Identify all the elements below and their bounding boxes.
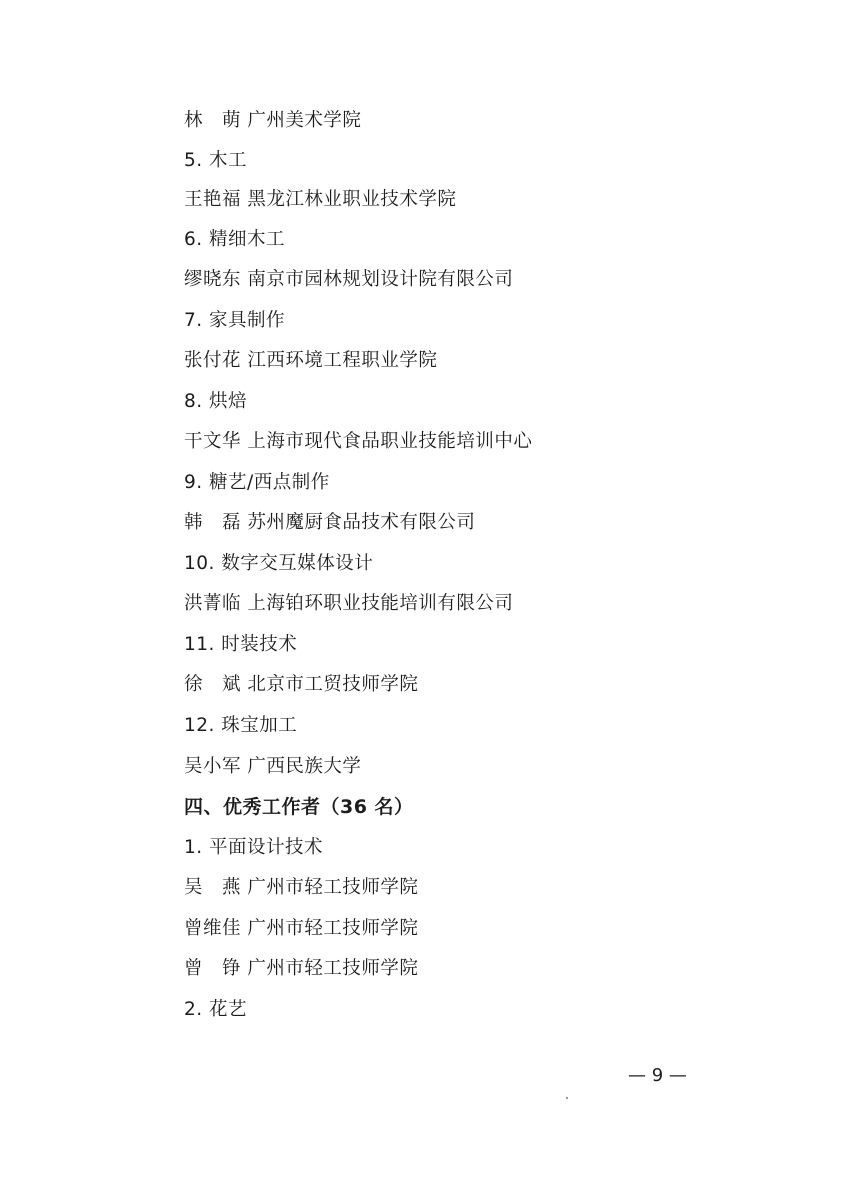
award-entry: 吴小军 广西民族大学 [184, 755, 361, 779]
category-title: 1. 平面设计技术 [184, 836, 323, 860]
section-heading: 四、优秀工作者（36 名） [184, 795, 414, 819]
category-title: 9. 糖艺/西点制作 [184, 471, 330, 495]
category-title: 6. 精细木工 [184, 228, 285, 252]
award-entry: 韩 磊 苏州魔厨食品技术有限公司 [184, 511, 475, 535]
category-title: 7. 家具制作 [184, 309, 285, 333]
category-title: 5. 木工 [184, 149, 247, 173]
award-entry: 林 萌 广州美术学院 [184, 109, 361, 133]
award-entry: 洪菁临 上海铂环职业技能培训有限公司 [184, 592, 513, 616]
award-entry: 曾维佳 广州市轻工技师学院 [184, 917, 418, 941]
award-entry: 曾 铮 广州市轻工技师学院 [184, 957, 418, 981]
scan-speck [566, 1097, 568, 1099]
page-number: — 9 — [628, 1064, 687, 1088]
award-entry: 徐 斌 北京市工贸技师学院 [184, 673, 418, 697]
category-title: 8. 烘焙 [184, 390, 247, 414]
award-entry: 吴 燕 广州市轻工技师学院 [184, 876, 418, 900]
category-title: 11. 时装技术 [184, 633, 297, 657]
award-entry: 干文华 上海市现代食品职业技能培训中心 [184, 430, 532, 454]
category-title: 2. 花艺 [184, 998, 247, 1022]
category-title: 12. 珠宝加工 [184, 714, 297, 738]
award-entry: 张付花 江西环境工程职业学院 [184, 349, 437, 373]
award-entry: 缪晓东 南京市园林规划设计院有限公司 [184, 268, 513, 292]
category-title: 10. 数字交互媒体设计 [184, 552, 373, 576]
award-entry: 王艳福 黑龙江林业职业技术学院 [184, 188, 456, 212]
document-page: 林 萌 广州美术学院 5. 木工 王艳福 黑龙江林业职业技术学院 6. 精细木工… [0, 0, 848, 1200]
